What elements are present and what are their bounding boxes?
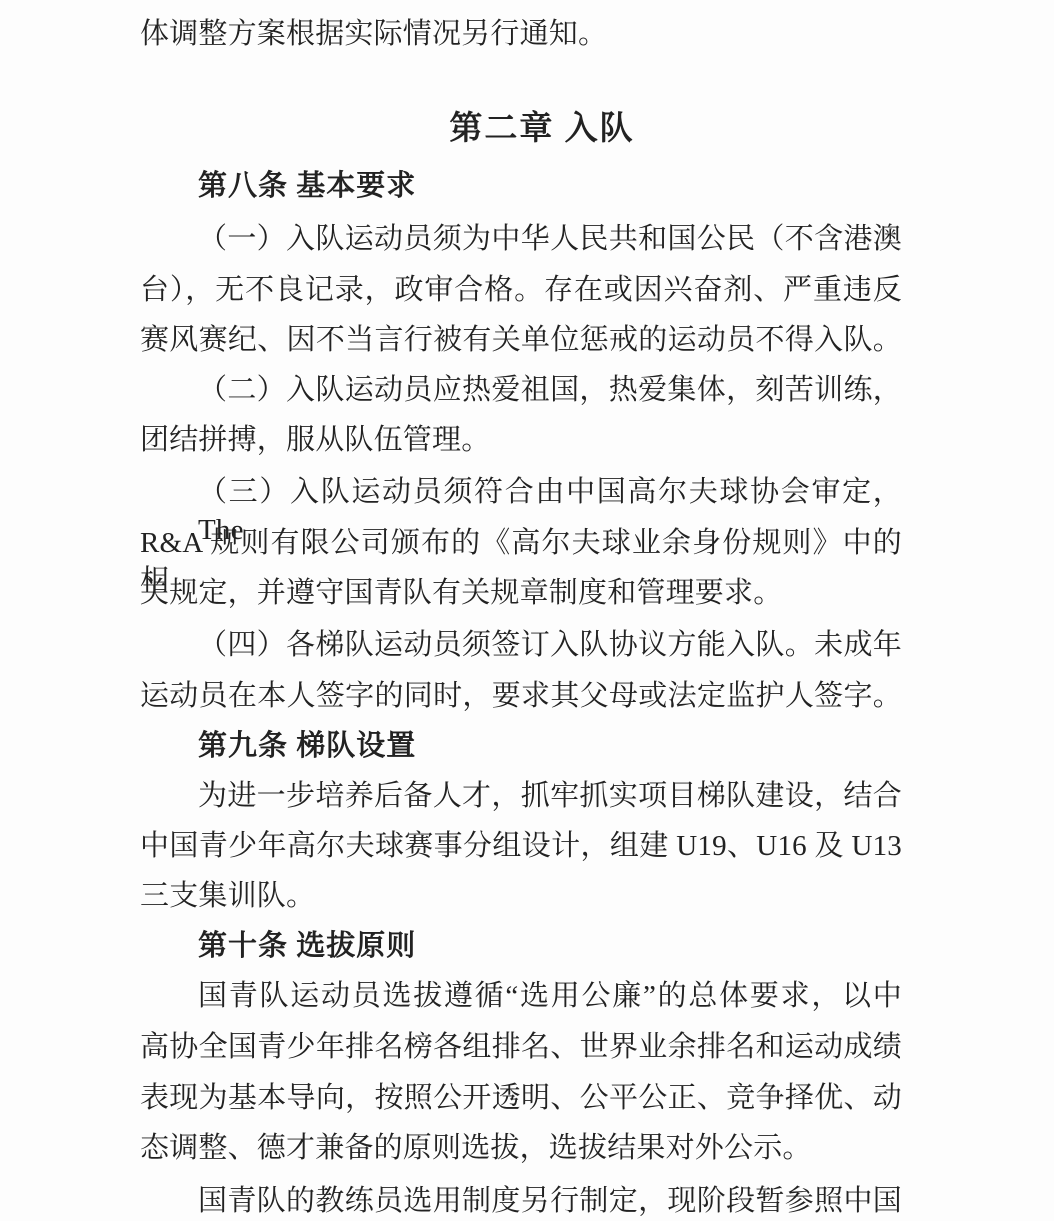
text-line: 国青队的教练员选用制度另行制定，现阶段暂参照中国 [140,1182,902,1220]
article-10-heading: 第十条 选拔原则 [140,927,902,965]
text-line: 团结拼搏，服从队伍管理。 [140,421,902,459]
text-line: 台），无不良记录，政审合格。存在或因兴奋剂、严重违反 [140,271,902,309]
text-line: （一）入队运动员须为中华人民共和国公民（不含港澳 [140,220,902,258]
text-line-continuation: 体调整方案根据实际情况另行通知。 [140,15,902,53]
text-line: 表现为基本导向，按照公开透明、公平公正、竞争择优、动 [140,1079,902,1117]
text-line: （二）入队运动员应热爱祖国，热爱集体，刻苦训练， [140,371,902,409]
text-line: 三支集训队。 [140,877,902,915]
text-line: 关规定，并遵守国青队有关规章制度和管理要求。 [140,574,902,612]
text-line: 中国青少年高尔夫球赛事分组设计，组建 U19、U16 及 U13 [140,827,902,865]
text-line: （四）各梯队运动员须签订入队协议方能入队。未成年 [140,626,902,664]
text-line: 态调整、德才兼备的原则选拔，选拔结果对外公示。 [140,1129,902,1167]
text-line: 运动员在本人签字的同时，要求其父母或法定监护人签字。 [140,677,902,715]
article-9-heading: 第九条 梯队设置 [140,727,902,765]
text-line: 高协全国青少年排名榜各组排名、世界业余排名和运动成绩 [140,1028,902,1066]
chapter-heading: 第二章 入队 [0,110,1054,148]
text-line: 赛风赛纪、因不当言行被有关单位惩戒的运动员不得入队。 [140,321,902,359]
document-page: 体调整方案根据实际情况另行通知。 第二章 入队 第八条 基本要求 （一）入队运动… [0,0,1054,1221]
article-8-heading: 第八条 基本要求 [140,167,902,205]
text-line: 为进一步培养后备人才，抓牢抓实项目梯队建设，结合 [140,777,902,815]
text-line: 国青队运动员选拔遵循“选用公廉”的总体要求，以中 [140,977,902,1015]
